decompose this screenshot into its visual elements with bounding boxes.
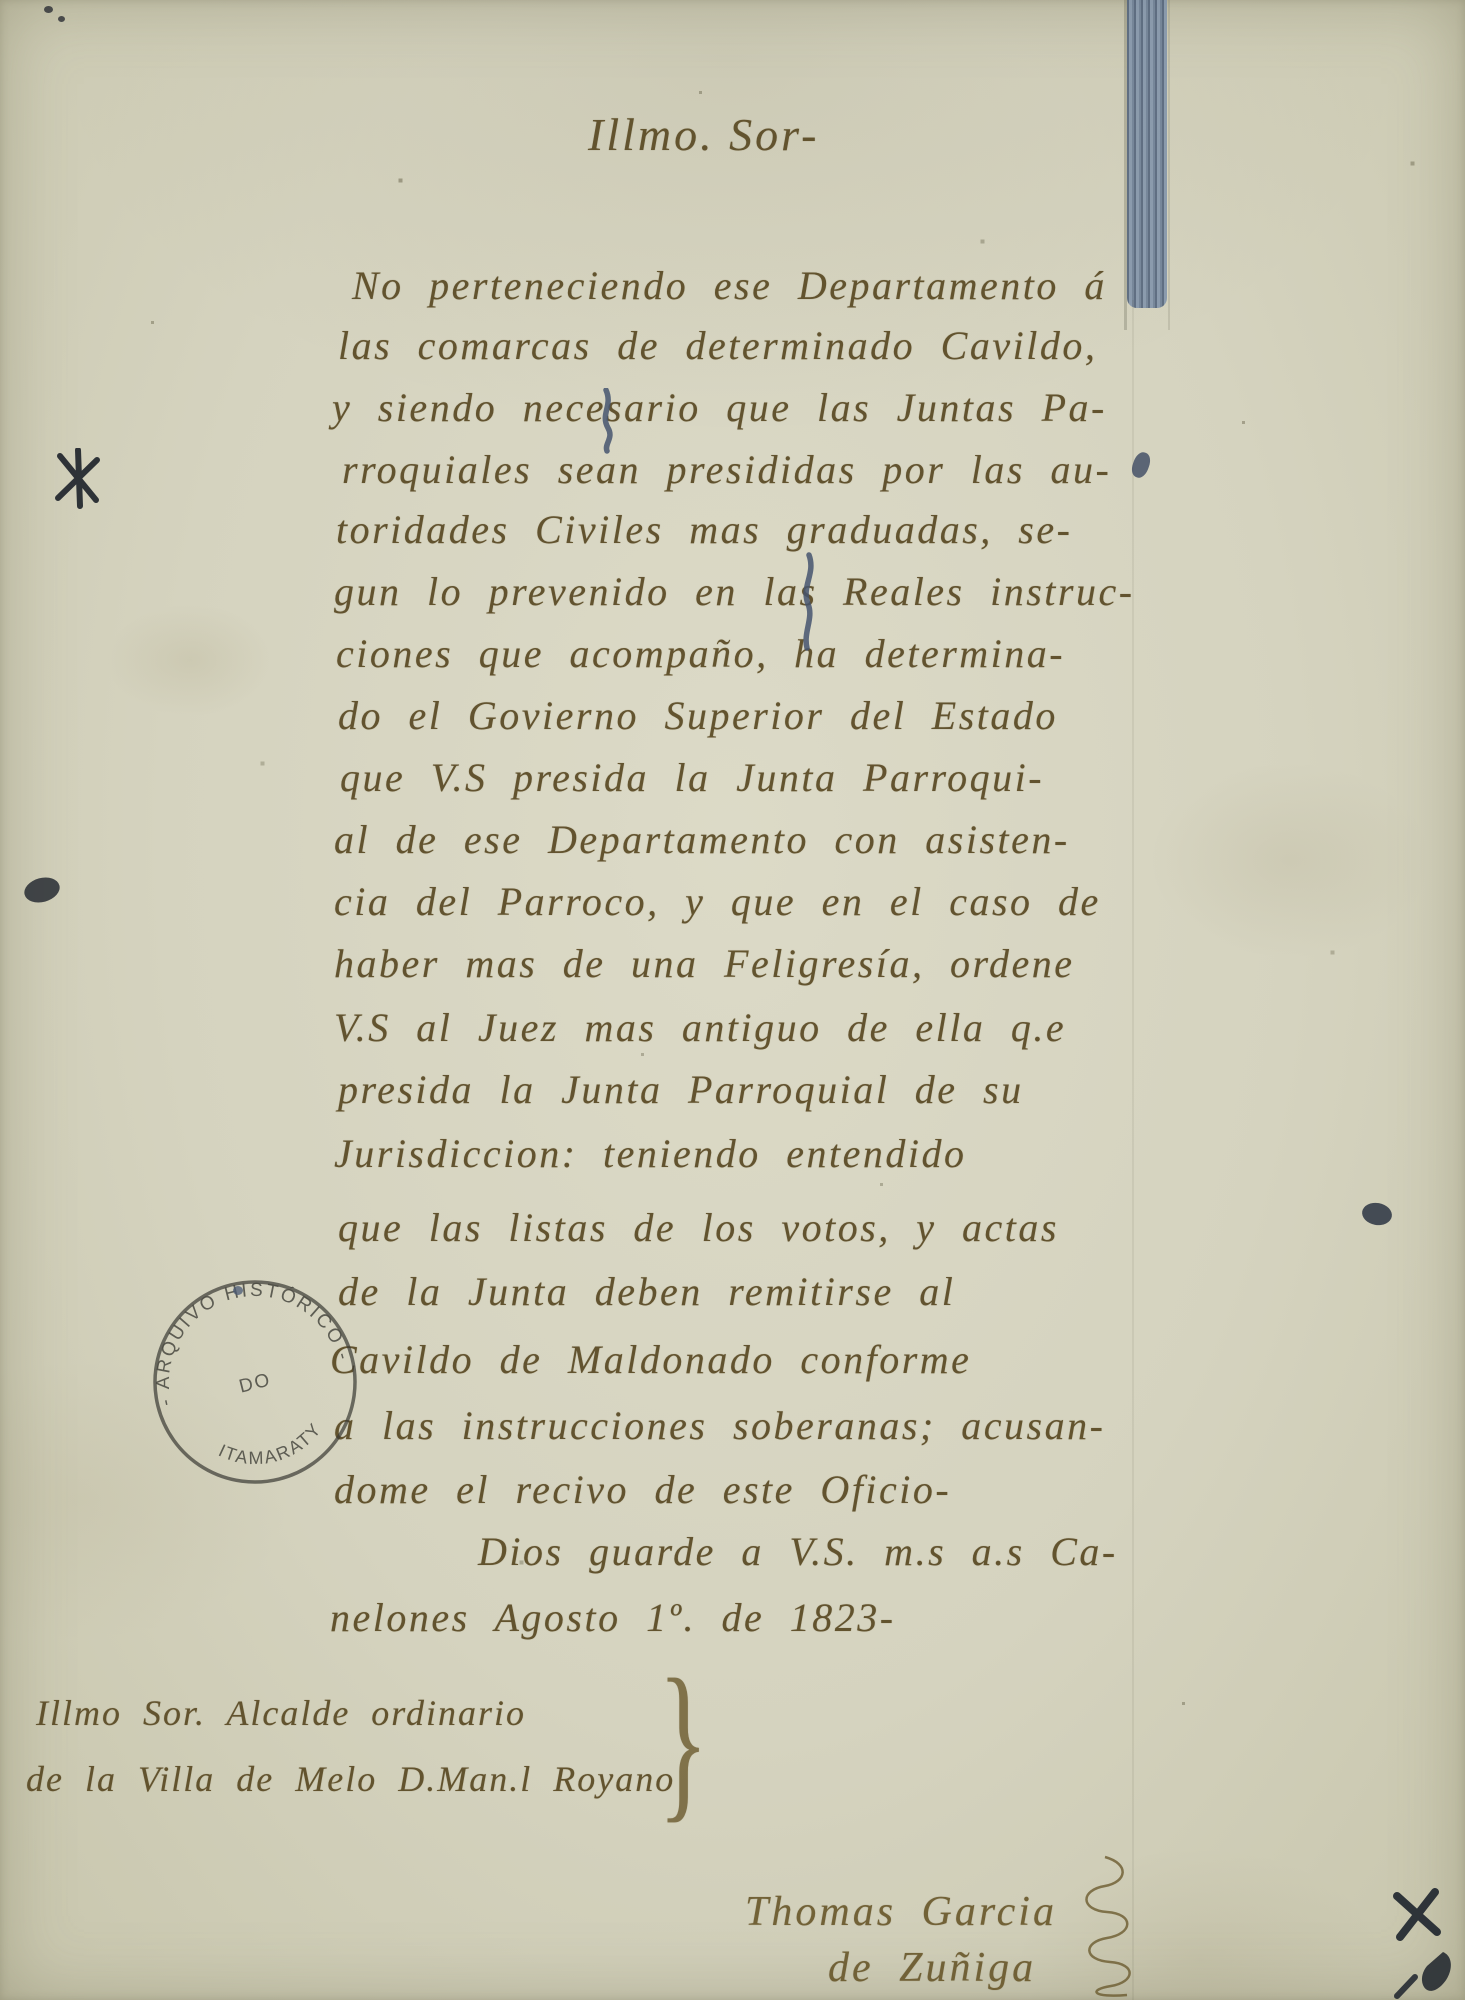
body-line: V.S al Juez mas antiguo de ella q.e: [334, 1004, 1066, 1051]
body-line: que V.S presida la Junta Parroqui-: [340, 754, 1044, 801]
signature-name: Thomas Garcia: [745, 1888, 1057, 1936]
ink-smudge-left: [22, 874, 63, 906]
body-line: Jurisdiccion: teniendo entendido: [334, 1130, 967, 1177]
body-line: haber mas de una Feligresía, ordene: [334, 940, 1075, 987]
body-line: y siendo necesario que las Juntas Pa-: [332, 384, 1107, 431]
page-crease-left-of-binding: [1124, 0, 1127, 330]
salutation: Illmo. Sor-: [588, 108, 819, 161]
body-line: No perteneciendo ese Departamento á: [352, 262, 1107, 309]
body-line: cia del Parroco, y que en el caso de: [334, 878, 1101, 925]
body-line: toridades Civiles mas graduadas, se-: [336, 506, 1072, 553]
ink-blot-bottom-right: [1385, 1882, 1465, 2000]
body-line: rroquiales sean presididas por las au-: [342, 446, 1111, 493]
ink-blot-x-left: [52, 448, 107, 510]
body-line: gun lo prevenido en las Reales instruc-: [334, 568, 1135, 615]
stamp-text-bottom: ITAMARATY: [212, 1416, 331, 1480]
body-line: de la Junta deben remitirse al: [338, 1268, 955, 1315]
body-line: do el Govierno Superior del Estado: [338, 692, 1058, 739]
body-line: presida la Junta Parroquial de su: [338, 1066, 1024, 1113]
closing-line: Dios guarde a V.S. m.s a.s Ca-: [478, 1528, 1118, 1575]
ink-dot: [44, 6, 53, 13]
ink-blot-navy-right: [1360, 1201, 1393, 1228]
ink-dot-blue: [233, 1286, 243, 1295]
body-line: Cavildo de Maldonado conforme: [330, 1336, 971, 1383]
binding-cloth-strip: [1127, 0, 1167, 308]
ink-drip-blue: [592, 388, 622, 454]
signature-name: de Zuñiga: [828, 1944, 1036, 1992]
closing-line: nelones Agosto 1º. de 1823-: [330, 1594, 896, 1641]
signature-rubric: [1035, 1852, 1175, 2000]
address-line: de la Villa de Melo D.Man.l Royano: [26, 1758, 675, 1800]
body-line: a las instrucciones soberanas; acusan-: [334, 1402, 1105, 1449]
ink-drip-blue: [793, 552, 823, 652]
body-line: ciones que acompaño, ha determina-: [336, 630, 1065, 677]
paper-specks: [0, 0, 1, 1]
body-line: dome el recivo de este Oficio-: [334, 1466, 951, 1513]
body-line: que las listas de los votos, y actas: [338, 1204, 1059, 1251]
body-line: las comarcas de determinado Cavildo,: [338, 322, 1097, 369]
flourish-brace: }: [658, 1640, 708, 1841]
page-crease-right-of-binding: [1168, 0, 1170, 330]
body-line: al de ese Departamento con asisten-: [334, 816, 1070, 863]
address-line: Illmo Sor. Alcalde ordinario: [36, 1692, 526, 1734]
manuscript-page: Illmo. Sor- No perteneciendo ese Departa…: [0, 0, 1465, 2000]
page-fold-crease: [1132, 300, 1134, 2000]
stamp-text-center: DO: [237, 1369, 274, 1397]
ink-dot: [58, 16, 65, 22]
